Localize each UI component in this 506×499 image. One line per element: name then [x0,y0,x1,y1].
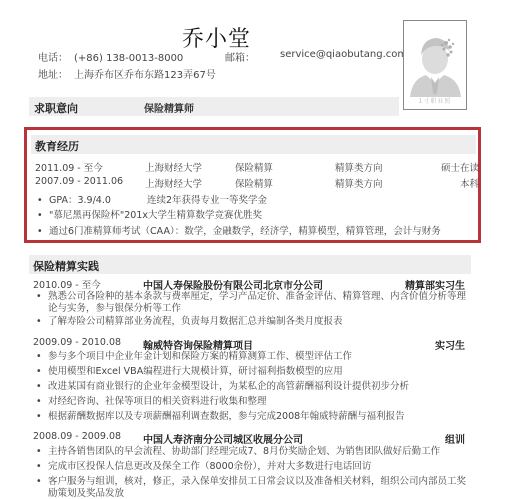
job-bullet: 改进某国有商业银行的企业年金模型设计，为某私企的高管薪酬福利设计提供初步分析 [36,381,466,393]
education-section: 教育经历 2011.09 - 至今 上海财经大学 保险精算 精算类方向 硕士在读… [24,127,481,243]
edu-major: 保险精算 [235,160,273,174]
job-entry-header: 2010.09 - 至今 中国人寿保险股份有限公司北京市分公司 精算部实习生 [33,277,465,291]
job-entry-header: 2009.09 - 2010.08 翰威特咨询保险精算项目 实习生 [33,337,465,351]
job-intent-bar: 求职意向 保险精算师 [29,97,399,116]
job-bullet: 对经纪咨询、社保等项目的相关资料进行收集和整理 [36,396,466,408]
address-label: 地址： [38,66,74,81]
edu-period: 2007.09 - 2011.06 [35,176,123,187]
edu-direction: 精算类方向 [335,160,383,174]
practice-header: 保险精算实践 [29,255,471,274]
phone-label: 电话： [38,49,74,64]
job-company: 翰威特咨询保险精算项目 [143,337,253,352]
job-period: 2010.09 - 至今 [33,277,101,291]
job-entry-header: 2008.09 - 2009.08 中国人寿济南分公司城区收展分公司 组训 [33,431,465,445]
job-bullet: 了解寿险公司精算部业务流程，负责每月数据汇总并编制各类月度报表 [36,316,466,328]
edu-period: 2011.09 - 至今 [35,160,103,174]
email-value: service@qiaobutang.com [280,49,407,60]
edu-degree: 本科 [460,176,479,190]
job-bullet: 根据薪酬数据库以及专项薪酬福利调查数据，参与完成2008年翰威特薪酬与福利报告 [36,411,466,423]
edu-school: 上海财经大学 [145,160,202,174]
practice-title: 保险精算实践 [33,258,99,274]
phone-row: 电话：(+86) 138-0013-8000 [38,49,183,64]
edu-school: 上海财经大学 [145,176,202,190]
job-bullet: 主持各销售团队的早会流程、协助部门经理完成7、8月份奖励企划、为销售团队做好后勤… [36,446,466,458]
education-header: 教育经历 [31,135,476,154]
job-bullet: 参与多个项目中企业年金计划和保险方案的精算测算工作、模型评估工作 [36,351,466,363]
job-bullet: 熟悉公司各险种的基本条款与费率厘定，学习产品定价、准备金评估、精算管理、内含价值… [36,291,466,315]
education-bullet: •通过6门准精算师考试（CAA）：数学，金融数学，经济学，精算模型，精算管理，会… [37,223,441,237]
address-value: 上海乔布区乔布东路123弄67号 [74,70,216,81]
education-bullet: •GPA：3.9/4.0连续2年获得专业一等奖学金 [37,192,267,206]
job-intent-label: 求职意向 [34,100,78,116]
job-company: 中国人寿济南分公司城区收展分公司 [143,431,303,446]
job-period: 2009.09 - 2010.08 [33,337,121,348]
photo-caption: 1寸职业照 [404,96,466,105]
job-company: 中国人寿保险股份有限公司北京市分公司 [143,277,323,292]
job-role: 组训 [445,431,465,446]
job-intent-value: 保险精算师 [144,100,194,115]
job-role: 实习生 [435,337,465,352]
job-period: 2008.09 - 2009.08 [33,431,121,442]
education-title: 教育经历 [35,138,79,154]
phone-value: (+86) 138-0013-8000 [74,53,183,64]
email-label: 邮箱： [225,49,255,64]
edu-direction: 精算类方向 [335,176,383,190]
edu-degree: 硕士在读 [441,160,479,174]
job-role: 精算部实习生 [405,277,465,292]
job-bullet: 完成市区投保人信息更改及保全工作（8000余份），并对大多数进行电话回访 [36,461,466,473]
job-bullet: 使用模型和Excel VBA编程进行大规模计算，研讨福利指数模型的应用 [36,366,466,378]
job-bullet: 客户服务与组训，核对，修正，录入保单安排员工日常会议以及准备相关材料，组织公司内… [36,476,466,499]
education-bullet: •"慕尼黑再保险杯"201x大学生精算数学竞赛优胜奖 [37,207,262,221]
edu-major: 保险精算 [235,176,273,190]
address-row: 地址：上海乔布区乔布东路123弄67号 [38,66,216,81]
profile-photo: 1寸职业照 [403,20,467,110]
